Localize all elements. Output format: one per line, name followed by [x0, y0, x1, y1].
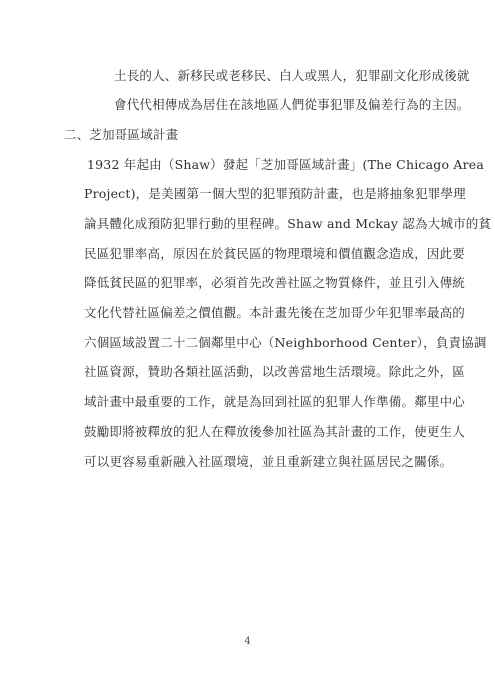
- paragraph-line: 域計畫中最重要的工作，就是為回到社區的犯罪人作準備。鄰里中心: [84, 394, 460, 409]
- paragraph-continuation-line: 會代代相傳成為居住在該地區人們從事犯罪及偏差行為的主因。: [114, 97, 460, 112]
- paragraph-line: Project)，是美國第一個大型的犯罪預防計畫，也是將抽象犯罪學理: [84, 186, 460, 201]
- document-page: 土長的人、新移民或老移民、白人或黑人，犯罪副文化形成後就 會代代相傳成為居住在該…: [0, 0, 495, 700]
- paragraph-first-line: 1932 年起由（Shaw）發起「芝加哥區域計畫」(The Chicago Ar…: [87, 157, 460, 172]
- section-heading: 二、芝加哥區域計畫: [64, 127, 178, 142]
- paragraph-continuation-line: 土長的人、新移民或老移民、白人或黑人，犯罪副文化形成後就: [114, 68, 460, 83]
- paragraph-line: 論具體化成預防犯罪行動的里程碑。Shaw and Mckay 認為大城市的貧: [84, 216, 460, 231]
- paragraph-line: 文化代替社區偏差之價值觀。本計畫先後在芝加哥少年犯罪率最高的: [84, 305, 460, 320]
- paragraph-line: 社區資源，贊助各類社區活動，以改善當地生活環境。除此之外，區: [84, 364, 460, 379]
- paragraph-line: 六個區域設置二十二個鄰里中心（Neighborhood Center），負責協調: [84, 335, 460, 350]
- paragraph-line: 降低貧民區的犯罪率，必須首先改善社區之物質條件，並且引入傳統: [84, 275, 460, 290]
- paragraph-line: 民區犯罪率高，原因在於貧民區的物理環境和價值觀念造成，因此要: [84, 246, 460, 261]
- page-number: 4: [0, 636, 495, 648]
- paragraph-last-line: 可以更容易重新融入社區環境，並且重新建立與社區居民之關係。: [84, 454, 460, 469]
- paragraph-line: 鼓勵即將被釋放的犯人在釋放後參加社區為其計畫的工作，使更生人: [84, 424, 460, 439]
